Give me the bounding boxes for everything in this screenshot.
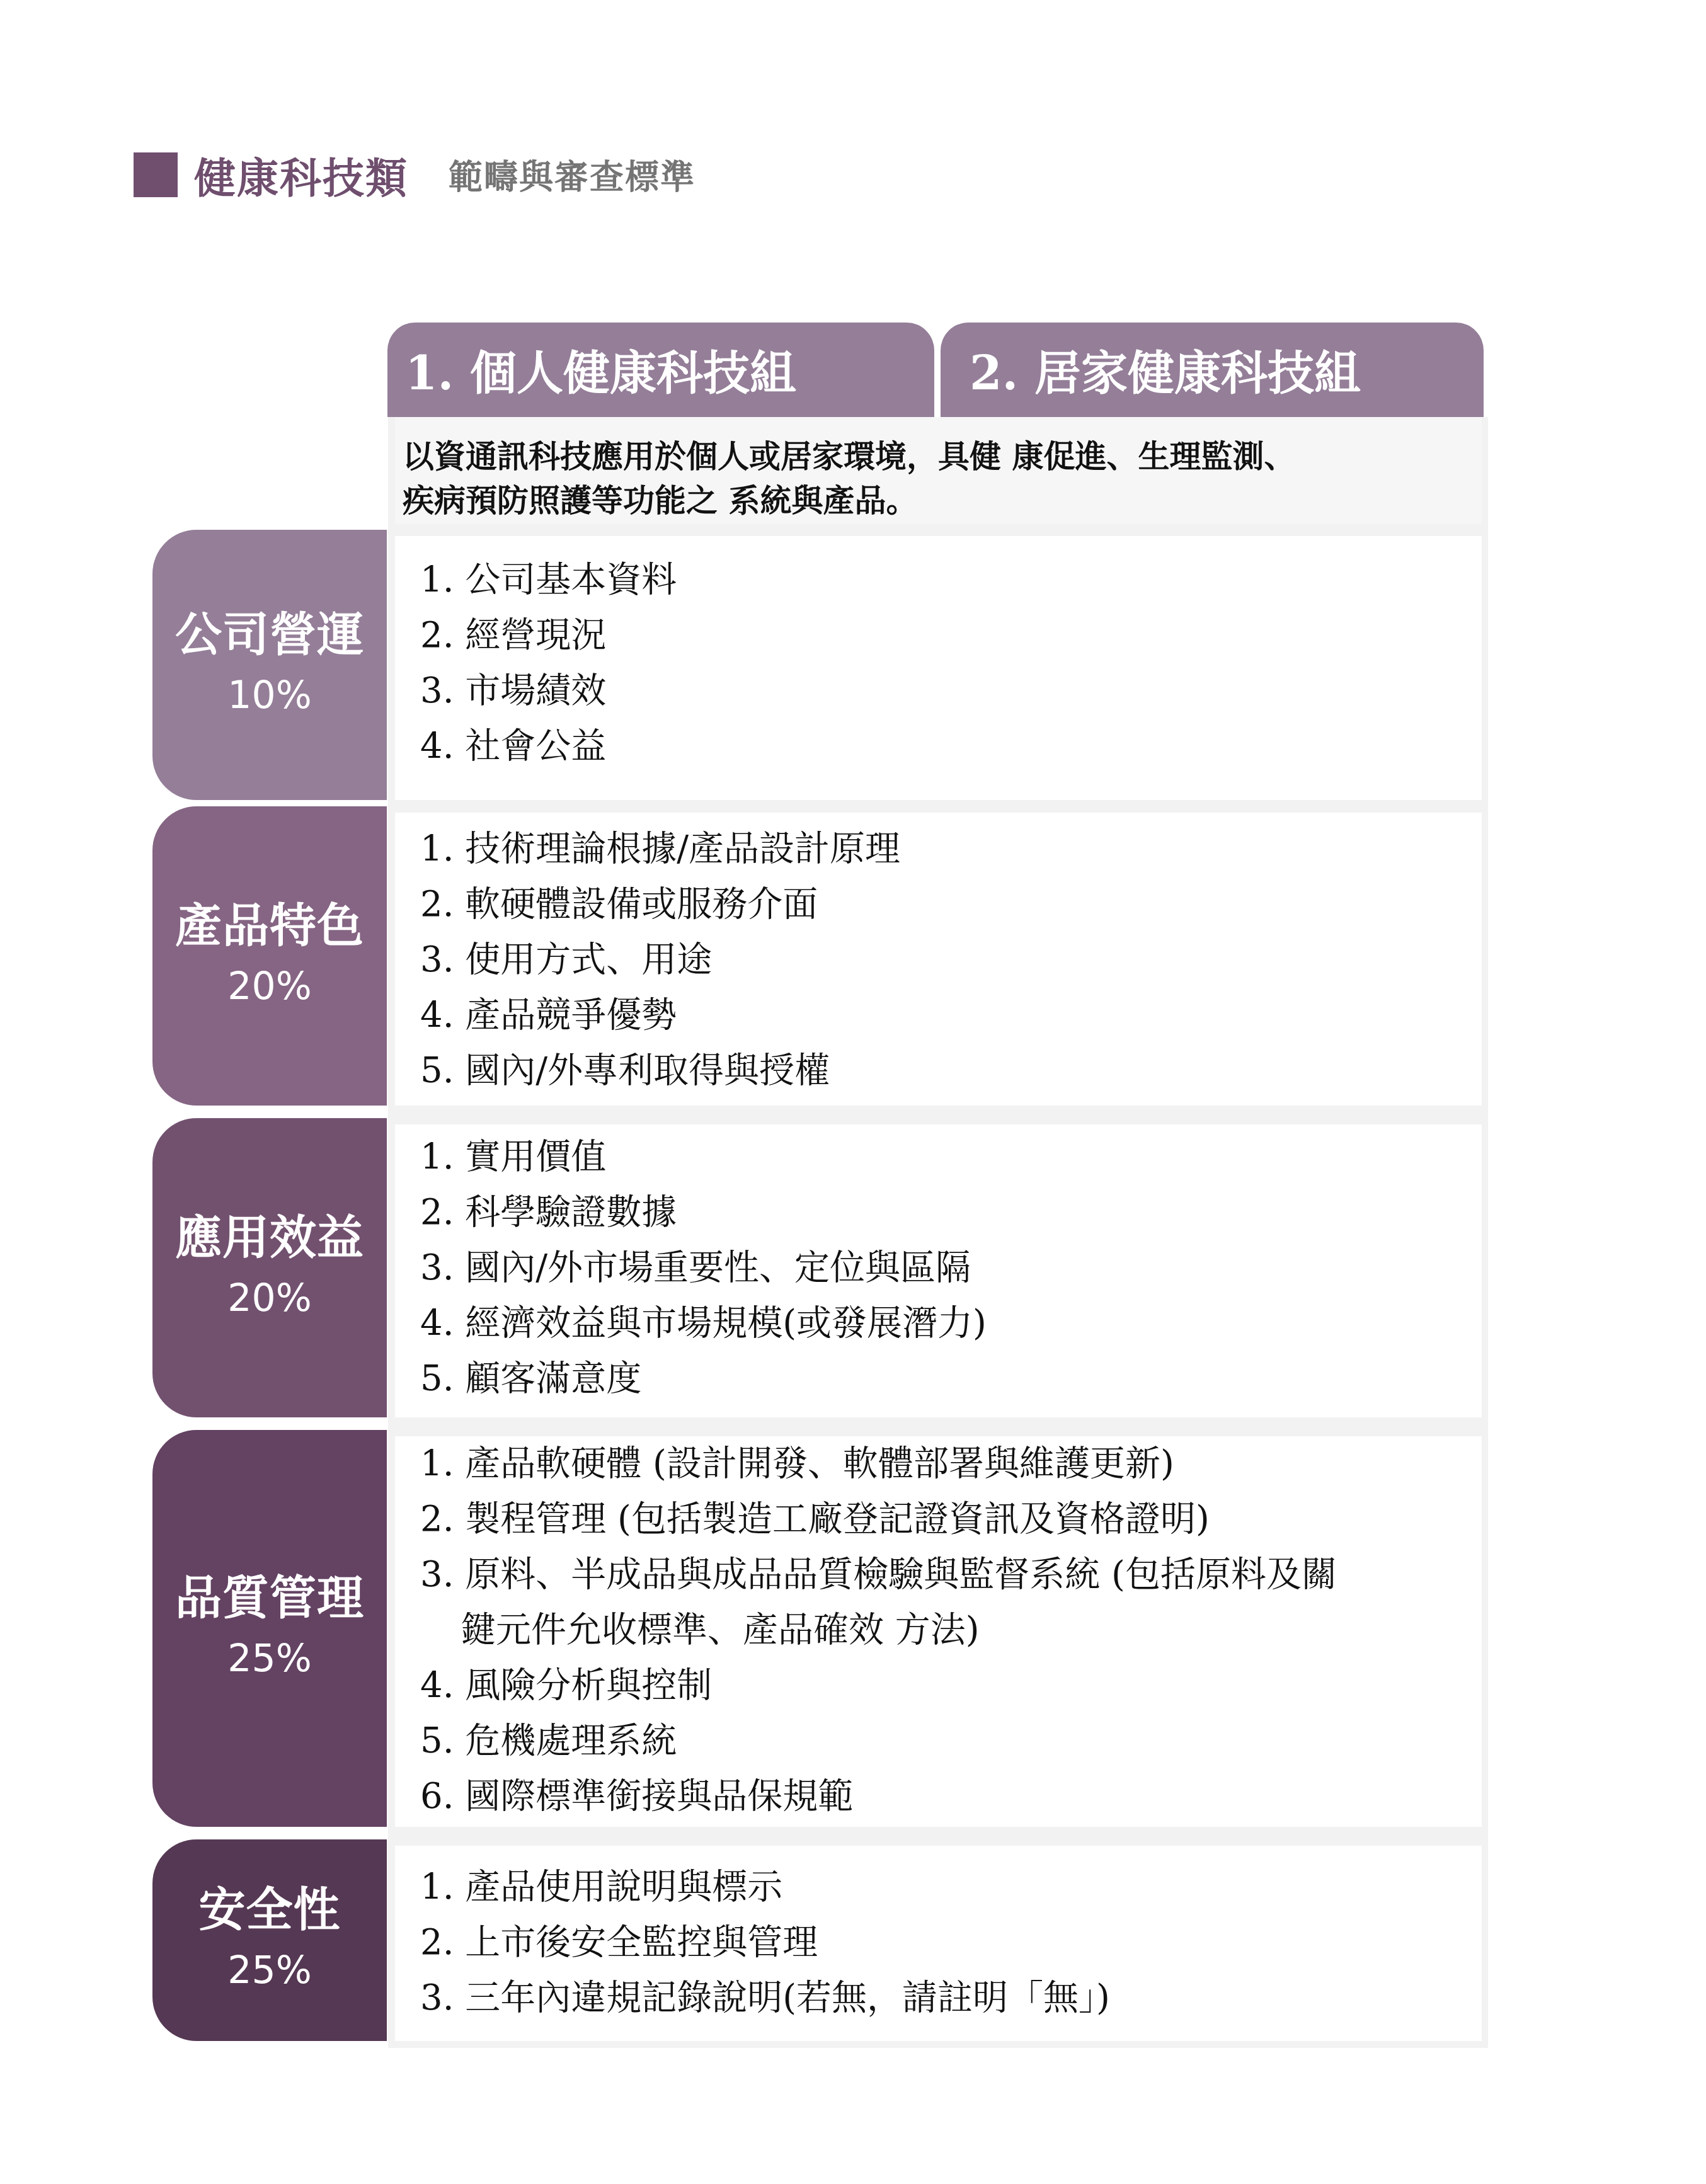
criteria-item: 5. 國內/外專利取得與授權: [420, 1043, 1482, 1099]
heading-square-icon: [134, 152, 178, 197]
category-items-safety: 1. 產品使用說明與標示 2. 上市後安全監控與管理 3. 三年內違規記錄說明(…: [395, 1846, 1482, 2041]
category-name: 公司營運: [175, 605, 364, 665]
category-weight: 20%: [227, 1268, 311, 1329]
page-title: 健康科技類: [194, 145, 408, 205]
category-name: 品質管理: [175, 1568, 364, 1628]
criteria-item: 2. 科學驗證數據: [420, 1185, 1482, 1240]
criteria-item: 3. 三年內違規記錄說明(若無，請註明「無」): [420, 1970, 1482, 2026]
page-heading: 健康科技類 範疇與審查標準: [134, 146, 696, 203]
criteria-item: 4. 產品競爭優勢: [420, 988, 1482, 1043]
category-tab-quality-management: 品質管理 25%: [152, 1430, 387, 1827]
criteria-item-text: 3. 原料、半成品與成品品質檢驗與監督系統 (包括原料及關: [420, 1554, 1337, 1595]
category-items-application-benefits: 1. 實用價值 2. 科學驗證數據 3. 國內/外市場重要性、定位與區隔 4. …: [395, 1124, 1482, 1417]
criteria-item: 1. 公司基本資料: [420, 552, 1482, 608]
scope-description-line: 以資通訊科技應用於個人或居家環境，具健 康促進、生理監測、: [403, 435, 1482, 479]
category-name: 安全性: [199, 1880, 341, 1940]
criteria-item: 3. 國內/外市場重要性、定位與區隔: [420, 1240, 1482, 1296]
criteria-item: 1. 技術理論根據/產品設計原理: [420, 821, 1482, 877]
criteria-item: 3. 使用方式、用途: [420, 932, 1482, 988]
criteria-item: 1. 產品軟硬體 (設計開發、軟體部署與維護更新): [420, 1436, 1482, 1492]
category-name: 產品特色: [175, 896, 364, 956]
category-tab-company-operations: 公司營運 10%: [152, 530, 387, 800]
criteria-item: 3. 原料、半成品與成品品質檢驗與監督系統 (包括原料及關 鍵元件允收標準、產品…: [420, 1547, 1482, 1658]
criteria-item: 2. 製程管理 (包括製造工廠登記證資訊及資格證明): [420, 1492, 1482, 1547]
category-weight: 20%: [227, 956, 311, 1017]
category-items-product-features: 1. 技術理論根據/產品設計原理 2. 軟硬體設備或服務介面 3. 使用方式、用…: [395, 813, 1482, 1106]
criteria-item: 3. 市場績效: [420, 663, 1482, 719]
group-tab-personal: 1. 個人健康科技組: [387, 323, 934, 417]
category-tab-safety: 安全性 25%: [152, 1839, 387, 2041]
criteria-item: 1. 實用價值: [420, 1129, 1482, 1185]
page-subtitle: 範疇與審查標準: [449, 151, 696, 199]
criteria-item: 4. 經濟效益與市場規模(或發展潛力): [420, 1296, 1482, 1351]
criteria-item: 4. 風險分析與控制: [420, 1658, 1482, 1713]
scope-description: 以資通訊科技應用於個人或居家環境，具健 康促進、生理監測、 疾病預防照護等功能之…: [395, 417, 1482, 524]
group-tab-home: 2. 居家健康科技組: [941, 323, 1484, 417]
criteria-item: 6. 國際標準銜接與品保規範: [420, 1769, 1482, 1824]
category-items-quality-management: 1. 產品軟硬體 (設計開發、軟體部署與維護更新) 2. 製程管理 (包括製造工…: [395, 1436, 1482, 1827]
criteria-item: 2. 軟硬體設備或服務介面: [420, 877, 1482, 932]
category-tab-application-benefits: 應用效益 20%: [152, 1118, 387, 1417]
category-items-company-operations: 1. 公司基本資料 2. 經營現況 3. 市場績效 4. 社會公益: [395, 536, 1482, 800]
category-weight: 25%: [227, 1628, 311, 1689]
scope-description-line: 疾病預防照護等功能之 系統與產品。: [403, 479, 1482, 523]
criteria-item-continuation: 鍵元件允收標準、產品確效 方法): [420, 1603, 1482, 1658]
criteria-item: 5. 危機處理系統: [420, 1713, 1482, 1769]
criteria-item: 4. 社會公益: [420, 719, 1482, 774]
category-weight: 25%: [227, 1940, 311, 2001]
criteria-item: 5. 顧客滿意度: [420, 1351, 1482, 1407]
category-weight: 10%: [227, 665, 311, 726]
criteria-item: 2. 經營現況: [420, 608, 1482, 663]
criteria-item: 2. 上市後安全監控與管理: [420, 1915, 1482, 1970]
category-name: 應用效益: [175, 1208, 364, 1268]
category-tab-product-features: 產品特色 20%: [152, 806, 387, 1106]
criteria-item: 1. 產品使用說明與標示: [420, 1860, 1482, 1915]
